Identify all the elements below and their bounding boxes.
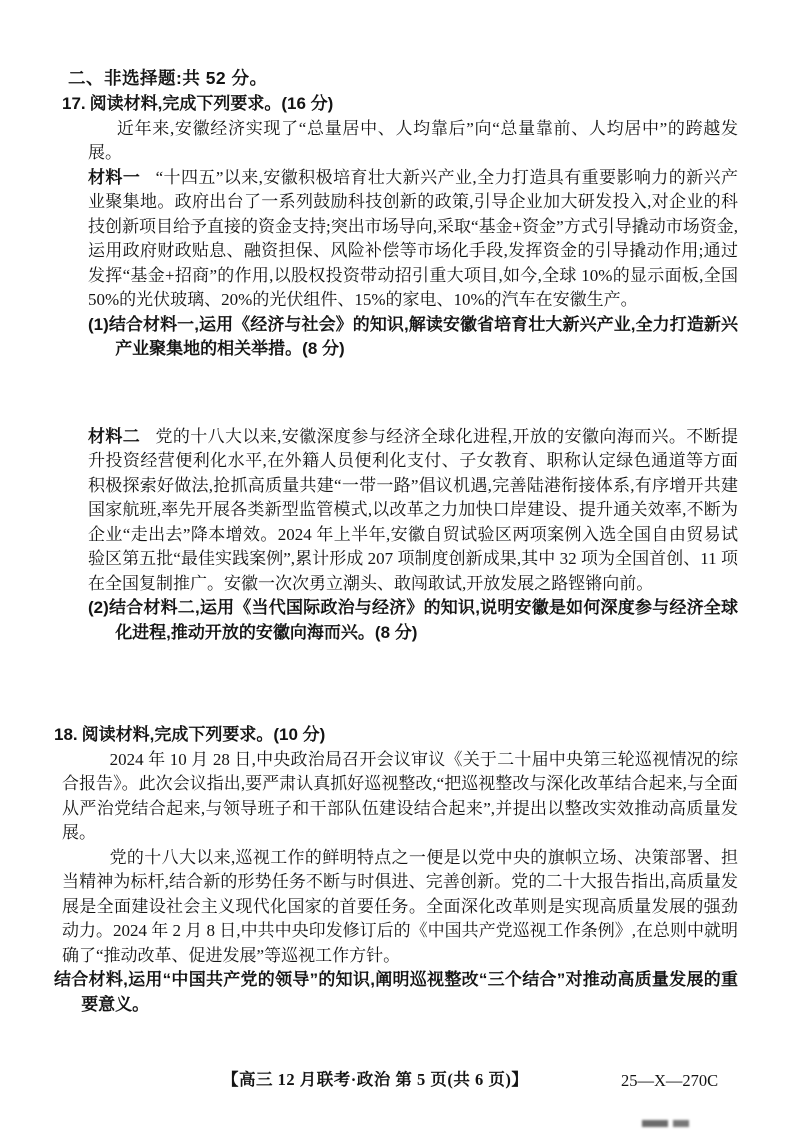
question-18-number: 18. xyxy=(54,723,78,748)
exam-paper-page: 二、非选择题:共 52 分。 17.阅读材料,完成下列要求。(16 分) 近年来… xyxy=(0,0,800,1131)
question-18-paragraph-1: 2024 年 10 月 28 日,中央政治局召开会议审议《关于二十届中央第三轮巡… xyxy=(62,748,738,846)
question-17-prompt: 阅读材料,完成下列要求。(16 分) xyxy=(90,94,334,113)
material-1-text: “十四五”以来,安徽积极培育壮大新兴产业,全力打造具有重要影响力的新兴产业聚集地… xyxy=(88,168,738,310)
question-17-number: 17. xyxy=(62,92,86,117)
question-18-body: 2024 年 10 月 28 日,中央政治局召开会议审议《关于二十届中央第三轮巡… xyxy=(62,748,738,969)
question-18-title: 18.阅读材料,完成下列要求。(10 分) xyxy=(54,723,738,748)
question-18-paragraph-2: 党的十八大以来,巡视工作的鲜明特点之一便是以党中央的旗帜立场、决策部署、担当精神… xyxy=(62,846,738,969)
material-2-text: 党的十八大以来,安徽深度参与经济全球化进程,开放的安徽向海而兴。不断提升投资经营… xyxy=(88,427,738,593)
question-17-sub2: (2)结合材料二,运用《当代国际政治与经济》的知识,说明安徽是如何深度参与经济全… xyxy=(88,596,738,645)
material-1-label: 材料一 xyxy=(88,168,140,187)
answer-space-17-1 xyxy=(88,362,738,425)
footer-paper-code: 25—X—270C xyxy=(621,1069,718,1094)
material-2: 材料二党的十八大以来,安徽深度参与经济全球化进程,开放的安徽向海而兴。不断提升投… xyxy=(88,425,738,597)
material-2-label: 材料二 xyxy=(88,427,140,446)
question-18-task: 结合材料,运用“中国共产党的领导”的知识,阐明巡视整改“三个结合”对推动高质量发… xyxy=(54,968,738,1017)
print-artifact xyxy=(642,1120,700,1129)
question-18: 18.阅读材料,完成下列要求。(10 分) 2024 年 10 月 28 日,中… xyxy=(54,723,738,1017)
footer-page-info: 【高三 12 月联考·政治 第 5 页(共 6 页)】 xyxy=(222,1068,528,1093)
question-17-sub1: (1)结合材料一,运用《经济与社会》的知识,解读安徽省培育壮大新兴产业,全力打造… xyxy=(88,313,738,362)
material-1: 材料一“十四五”以来,安徽积极培育壮大新兴产业,全力打造具有重要影响力的新兴产业… xyxy=(88,166,738,313)
question-17-body: 近年来,安徽经济实现了“总量居中、人均靠后”向“总量靠前、人均居中”的跨越发展。… xyxy=(88,117,738,646)
section-header: 二、非选择题:共 52 分。 xyxy=(68,66,268,91)
question-17: 17.阅读材料,完成下列要求。(16 分) 近年来,安徽经济实现了“总量居中、人… xyxy=(62,92,738,645)
question-17-intro: 近年来,安徽经济实现了“总量居中、人均靠后”向“总量靠前、人均居中”的跨越发展。 xyxy=(88,117,738,166)
question-18-prompt: 阅读材料,完成下列要求。(10 分) xyxy=(82,725,326,744)
question-17-title: 17.阅读材料,完成下列要求。(16 分) xyxy=(62,92,738,117)
